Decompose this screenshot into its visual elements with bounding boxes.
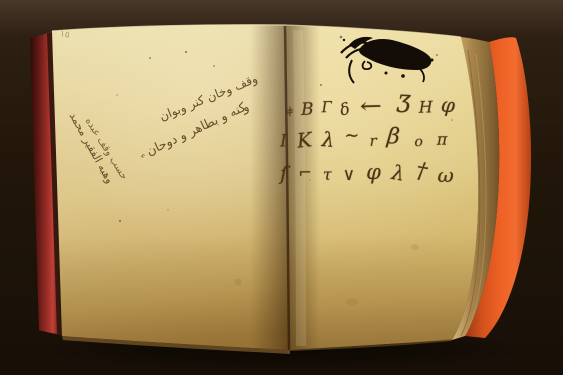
cipher-glyph: ← <box>359 96 382 118</box>
pencil-folio-mark: ١٥ <box>59 29 70 40</box>
cipher-glyph: Κ <box>296 129 313 150</box>
cipher-glyph: Ι <box>280 133 287 150</box>
cipher-glyph: ſ <box>280 163 287 183</box>
cipher-glyph: Β <box>301 102 314 119</box>
cipher-glyph: ǂ <box>286 106 294 120</box>
cipher-glyph: φ <box>366 162 381 183</box>
book <box>30 25 531 354</box>
cipher-glyph: β <box>386 126 401 149</box>
cipher-glyph: λ <box>321 129 335 150</box>
cipher-glyph: τ <box>323 167 332 183</box>
cipher-row-1: ǂ Β Γ δ ← Ʒ Η φ <box>287 91 455 119</box>
gutter-fold-highlight <box>298 30 301 346</box>
cipher-glyph: φ <box>440 94 456 115</box>
manuscript-photo: ١٥ و وقف وخان کنر وبوان کنه و بطاهر و دو… <box>0 0 563 375</box>
cipher-row-3: ſ ⌐ τ ∨ φ λ † ω <box>280 161 454 183</box>
cipher-glyph: λ <box>390 162 406 184</box>
cipher-glyph: Ʒ <box>397 92 412 117</box>
cipher-glyph: ω <box>438 165 454 185</box>
cipher-glyph: Γ <box>321 100 332 115</box>
cipher-glyph: ⌐ <box>298 165 311 181</box>
cipher-glyph: ο <box>414 135 423 149</box>
cipher-glyph: † <box>414 160 429 184</box>
cipher-glyph: ~ <box>344 127 359 145</box>
cipher-glyph: ∨ <box>343 167 355 184</box>
cipher-row-2: Ι Κ λ ~ r β ο π <box>280 126 448 151</box>
cipher-glyph: Η <box>419 99 433 115</box>
cipher-glyph: r <box>369 134 376 149</box>
book-illustration <box>0 0 563 375</box>
cipher-glyph: π <box>437 132 448 148</box>
cipher-glyph: δ <box>338 101 351 119</box>
